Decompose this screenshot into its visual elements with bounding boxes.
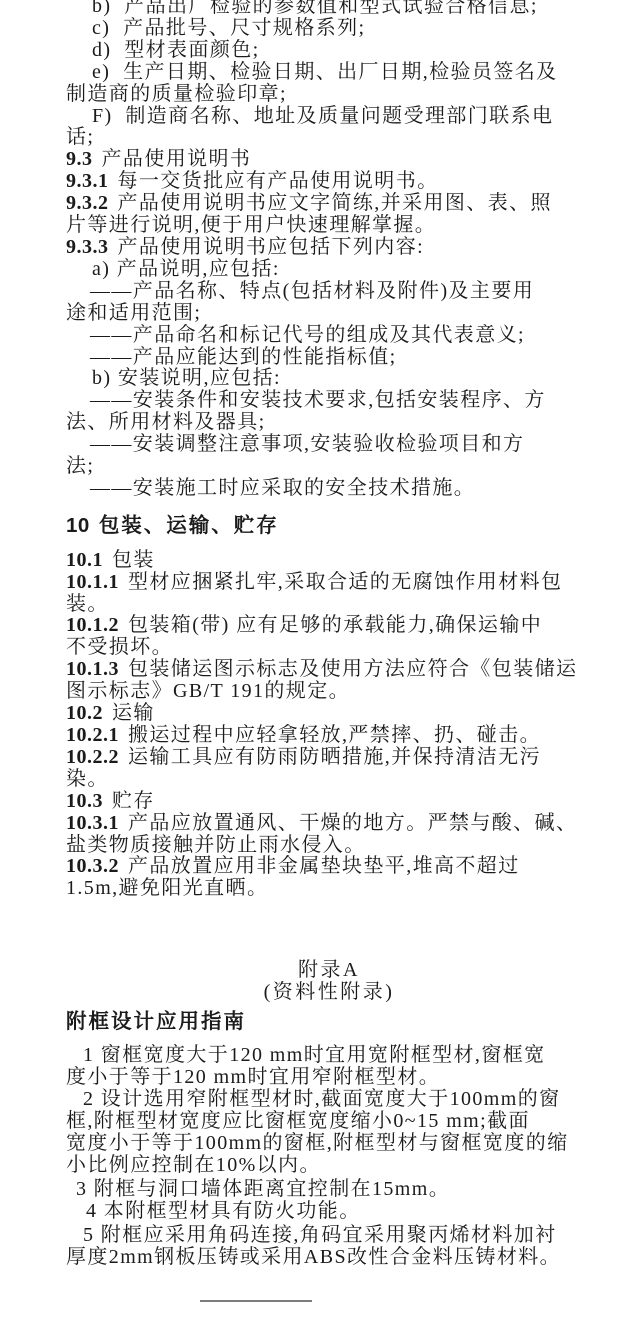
- document-line: 小比例应控制在10%以内。: [66, 1155, 592, 1177]
- clause-number: 10.1.1: [66, 571, 119, 593]
- document-line: 话;: [66, 127, 592, 149]
- document-line: 2 设计选用窄附框型材时,截面宽度大于100mm的窗: [66, 1089, 592, 1111]
- clause-number: 10.2.2: [66, 746, 119, 768]
- clause-text: 搬运过程中应轻拿轻放,严禁摔、扔、碰击。: [128, 724, 541, 746]
- clause-text: 贮存: [112, 790, 155, 812]
- document-line: 9.3.1每一交货批应有产品使用说明书。: [66, 171, 592, 193]
- clause-text: 产品使用说明书应文字简练,并采用图、表、照: [118, 192, 552, 214]
- document-line: 3 附框与洞口墙体距离宜控制在15mm。: [66, 1179, 592, 1201]
- document-line: 10.1.1型材应捆紧扎牢,采取合适的无腐蚀作用材料包: [66, 572, 592, 594]
- end-rule: [200, 1300, 312, 1302]
- clause-number: 10.1: [66, 549, 103, 571]
- document-line: 1.5m,避免阳光直晒。: [66, 878, 592, 900]
- document-line: 10.3.2产品放置应用非金属垫块垫平,堆高不超过: [66, 856, 592, 878]
- document-line: 制造商的质量检验印章;: [66, 84, 592, 106]
- document-line: 10.1.2包装箱(带) 应有足够的承载能力,确保运输中: [66, 615, 592, 637]
- document-line: 10包装、运输、贮存: [66, 515, 592, 537]
- document-line: 片等进行说明,便于用户快速理解掌握。: [66, 215, 592, 237]
- document-line: 附录A: [66, 960, 592, 982]
- clause-number: 10.3.1: [66, 812, 119, 834]
- document-line: 途和适用范围;: [66, 303, 592, 325]
- document-line: 染。: [66, 769, 592, 791]
- clause-number: 9.3: [66, 148, 93, 170]
- document-line: 9.3产品使用说明书: [66, 149, 592, 171]
- document-line: 装。: [66, 594, 592, 616]
- clause-text: 每一交货批应有产品使用说明书。: [118, 170, 439, 192]
- document-line: 10.3.1产品应放置通风、干燥的地方。严禁与酸、碱、: [66, 813, 592, 835]
- document-line: 4 本附框型材具有防火功能。: [66, 1201, 592, 1223]
- clause-text: 包装箱(带) 应有足够的承载能力,确保运输中: [128, 614, 542, 636]
- document-line: e) 生产日期、检验日期、出厂日期,检验员签名及: [66, 62, 592, 84]
- clause-number: 10: [66, 514, 90, 537]
- document-line: 不受损坏。: [66, 637, 592, 659]
- clause-number: 10.2: [66, 702, 103, 724]
- clause-number: 10.1.2: [66, 614, 119, 636]
- document-line: 9.3.3产品使用说明书应包括下列内容:: [66, 237, 592, 259]
- clause-text: 型材应捆紧扎牢,采取合适的无腐蚀作用材料包: [128, 571, 562, 593]
- document-line: 1 窗框宽度大于120 mm时宜用宽附框型材,窗框宽: [66, 1045, 592, 1067]
- document-line: 厚度2mm钢板压铸或采用ABS改性合金料压铸材料。: [66, 1247, 592, 1269]
- clause-number: 10.1.3: [66, 658, 119, 680]
- document-line: ——安装施工时应采取的安全技术措施。: [66, 478, 592, 500]
- document-line: 法、所用材料及器具;: [66, 412, 592, 434]
- document-line: ——产品名称、特点(包括材料及附件)及主要用: [66, 281, 592, 303]
- clause-number: 10.2.1: [66, 724, 119, 746]
- document-line: (资料性附录): [66, 982, 592, 1004]
- document-line: a) 产品说明,应包括:: [66, 259, 592, 281]
- clause-number: 10.3.2: [66, 855, 119, 877]
- document-line: 10.2.1搬运过程中应轻拿轻放,严禁摔、扔、碰击。: [66, 725, 592, 747]
- document-line: b) 产品出厂检验的参数值和型式试验合格信息;: [66, 0, 592, 18]
- document-line: ——安装调整注意事项,安装验收检验项目和方: [66, 434, 592, 456]
- document-content: b) 产品出厂检验的参数值和型式试验合格信息;c) 产品批号、尺寸规格系列;d)…: [66, 0, 592, 1302]
- clause-text: 包装储运图示标志及使用方法应符合《包装储运: [128, 658, 577, 680]
- document-line: 图示标志》GB/T 191的规定。: [66, 681, 592, 703]
- clause-number: 10.3: [66, 790, 103, 812]
- clause-number: 9.3.1: [66, 170, 109, 192]
- clause-text: 包装: [112, 549, 155, 571]
- clause-text: 产品使用说明书: [102, 148, 252, 170]
- clause-text: 产品应放置通风、干燥的地方。严禁与酸、碱、: [128, 812, 577, 834]
- document-line: d) 型材表面颜色;: [66, 40, 592, 62]
- clause-text: 运输工具应有防雨防晒措施,并保持清洁无污: [128, 746, 541, 768]
- document-line: c) 产品批号、尺寸规格系列;: [66, 18, 592, 40]
- document-line: 10.1包装: [66, 550, 592, 572]
- document-line: ——安装条件和安装技术要求,包括安装程序、方: [66, 390, 592, 412]
- document-line: 5 附框应采用角码连接,角码宜采用聚丙烯材料加衬: [66, 1225, 592, 1247]
- document-line: 10.3贮存: [66, 791, 592, 813]
- document-line: 框,附框型材宽度应比窗框宽度缩小0~15 mm;截面: [66, 1111, 592, 1133]
- document-page: b) 产品出厂检验的参数值和型式试验合格信息;c) 产品批号、尺寸规格系列;d)…: [0, 0, 617, 1334]
- document-line: 10.2.2运输工具应有防雨防晒措施,并保持清洁无污: [66, 747, 592, 769]
- document-line: 盐类物质接触并防止雨水侵入。: [66, 835, 592, 857]
- document-line: ——产品应能达到的性能指标值;: [66, 347, 592, 369]
- clause-text: 产品放置应用非金属垫块垫平,堆高不超过: [128, 855, 520, 877]
- document-line: b) 安装说明,应包括:: [66, 368, 592, 390]
- document-line: 度小于等于120 mm时宜用窄附框型材。: [66, 1067, 592, 1089]
- document-line: ——产品命名和标记代号的组成及其代表意义;: [66, 325, 592, 347]
- document-line: 附框设计应用指南: [66, 1011, 592, 1033]
- document-line: 法;: [66, 456, 592, 478]
- clause-number: 9.3.2: [66, 192, 109, 214]
- clause-text: 包装、运输、贮存: [99, 514, 279, 537]
- clause-text: 产品使用说明书应包括下列内容:: [118, 236, 425, 258]
- document-line: 10.2运输: [66, 703, 592, 725]
- document-line: 9.3.2产品使用说明书应文字简练,并采用图、表、照: [66, 193, 592, 215]
- clause-number: 9.3.3: [66, 236, 109, 258]
- clause-text: 运输: [112, 702, 155, 724]
- document-line: 10.1.3包装储运图示标志及使用方法应符合《包装储运: [66, 659, 592, 681]
- document-line: F) 制造商名称、地址及质量问题受理部门联系电: [66, 106, 592, 128]
- document-line: 宽度小于等于100mm的窗框,附框型材与窗框宽度的缩: [66, 1133, 592, 1155]
